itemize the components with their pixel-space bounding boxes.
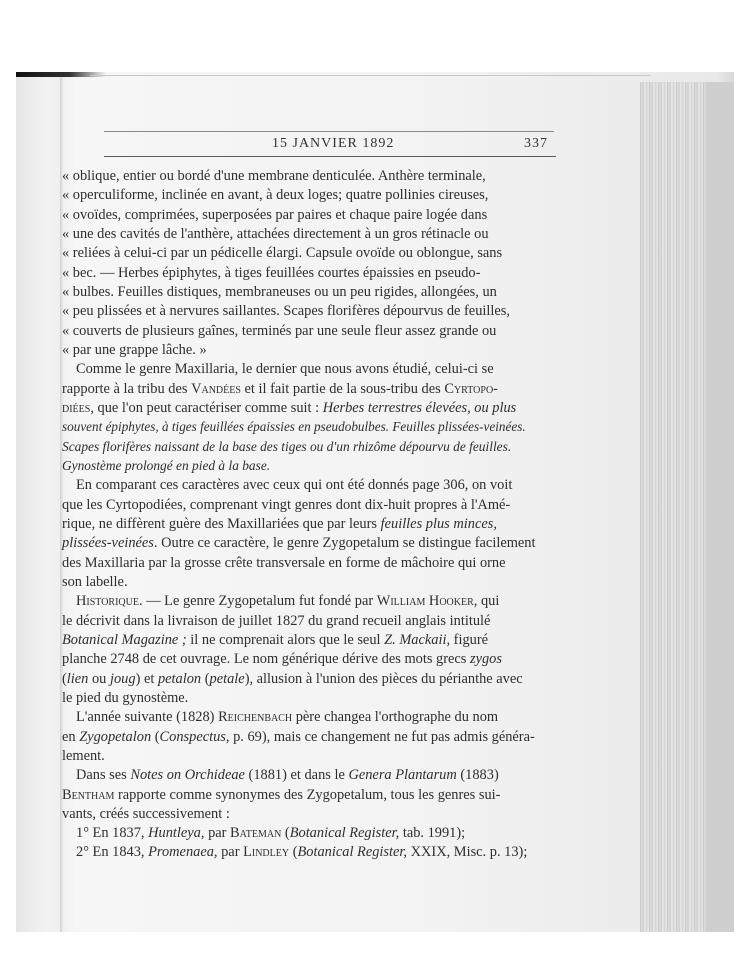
text-line: « par une grappe lâche. » (62, 341, 207, 359)
text-line: que les Cyrtopodiées, comprenant vingt g… (62, 496, 510, 514)
text-line: plissées-veinées. Outre ce caractère, le… (62, 534, 535, 552)
text-line: vants, créés successivement : (62, 805, 230, 823)
text-line: « bec. — Herbes épiphytes, à tiges feuil… (62, 264, 480, 282)
text-line: (lien ou joug) et petalon (petale), allu… (62, 670, 523, 688)
text-line: En comparant ces caractères avec ceux qu… (76, 476, 512, 494)
text-line: « ovoïdes, comprimées, superposées par p… (62, 206, 487, 224)
text-line: Comme le genre Maxillaria, le dernier qu… (76, 360, 494, 378)
text-line: Historique. — Le genre Zygopetalum fut f… (76, 592, 499, 610)
text-line: son labelle. (62, 573, 128, 591)
text-line: en Zygopetalon (Conspectus, p. 69), mais… (62, 728, 535, 746)
book-fore-edge (706, 82, 734, 932)
text-line: « oblique, entier ou bordé d'une membran… (62, 167, 486, 185)
text-line: le pied du gynostème. (62, 689, 188, 707)
section-label-historique: Historique. (76, 593, 143, 609)
text-line: rapporte à la tribu des Vandées et il fa… (62, 380, 498, 398)
page-top-edge (90, 75, 650, 76)
text-line: « bulbes. Feuilles distiques, membraneus… (62, 283, 497, 301)
text-line: souvent épiphytes, à tiges feuillées épa… (62, 418, 526, 436)
text-line: « peu plissées et à nervures saillantes.… (62, 302, 510, 320)
text-line: « operculiforme, inclinée en avant, à de… (62, 186, 488, 204)
list-item: 1° En 1837, Huntleya, par Bateman (Botan… (76, 824, 465, 842)
text-line: Dans ses Notes on Orchideae (1881) et da… (76, 766, 499, 784)
text-line: Gynostème prolongé en pied à la base. (62, 457, 270, 475)
text-line: lement. (62, 747, 105, 765)
running-title: 15 JANVIER 1892 (272, 136, 394, 152)
header-bottom-rule (104, 156, 556, 157)
text-line: le décrivit dans la livraison de juillet… (62, 612, 490, 630)
list-item: 2° En 1843, Promenaea, par Lindley (Bota… (76, 843, 527, 861)
text-line: des Maxillaria par la grosse crête trans… (62, 554, 506, 572)
page-number: 337 (524, 136, 548, 152)
text-line: « une des cavités de l'anthère, attachée… (62, 225, 489, 243)
text-line: « reliées à celui-ci par un pédicelle él… (62, 244, 502, 262)
text-line: rique, ne diffèrent guère des Maxillarié… (62, 515, 497, 533)
text-line: Botanical Magazine ; il ne comprenait al… (62, 631, 488, 649)
text-line: L'année suivante (1828) Reichenbach père… (76, 708, 498, 726)
text-line: diées, que l'on peut caractériser comme … (62, 399, 516, 417)
text-line: Scapes florifères naissant de la base de… (62, 438, 511, 456)
header-top-rule (104, 131, 554, 132)
text-line: « couverts de plusieurs gaînes, terminés… (62, 322, 496, 340)
text-line: Bentham rapporte comme synonymes des Zyg… (62, 786, 500, 804)
text-line: planche 2748 de cet ouvrage. Le nom géné… (62, 650, 502, 668)
